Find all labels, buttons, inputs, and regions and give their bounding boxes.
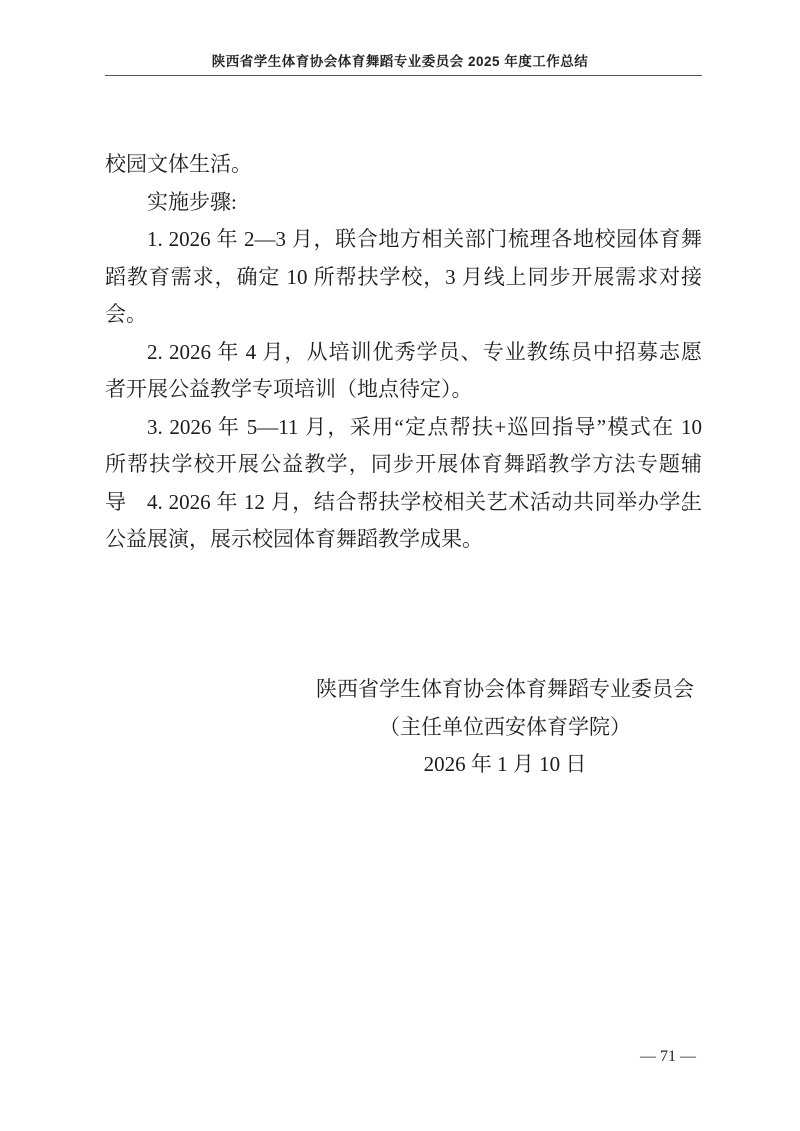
body-line: 校园文体生活。 xyxy=(105,146,702,184)
signature-block: 陕西省学生体育协会体育舞蹈专业委员会 （主任单位西安体育学院） 2026 年 1… xyxy=(305,671,705,784)
document-body: 校园文体生活。 实施步骤: 1. 2026 年 2—3 月，联合地方相关部门梳理… xyxy=(105,146,702,784)
body-line: 公益展演，展示校园体育舞蹈教学成果。 xyxy=(105,521,702,559)
body-line: 3. 2026 年 5—11 月，采用“定点帮扶+巡回指导”模式在 10 xyxy=(105,409,702,447)
signature-unit: （主任单位西安体育学院） xyxy=(305,709,705,747)
header-divider xyxy=(105,75,702,76)
signature-date: 2026 年 1 月 10 日 xyxy=(305,746,705,784)
body-line: 蹈教育需求，确定 10 所帮扶学校，3 月线上同步开展需求对接 xyxy=(105,259,702,297)
body-line: 所帮扶学校开展公益教学，同步开展体育舞蹈教学方法专题辅导。 xyxy=(105,446,702,484)
body-line: 实施步骤: xyxy=(105,184,702,222)
page-number: — 71 — xyxy=(618,1046,718,1068)
body-line: 2. 2026 年 4 月，从培训优秀学员、专业教练员中招募志愿 xyxy=(105,334,702,372)
body-line: 1. 2026 年 2—3 月，联合地方相关部门梳理各地校园体育舞 xyxy=(105,221,702,259)
document-page: 陕西省学生体育协会体育舞蹈专业委员会 2025 年度工作总结 校园文体生活。 实… xyxy=(0,0,800,1131)
signature-organization: 陕西省学生体育协会体育舞蹈专业委员会 xyxy=(305,671,705,709)
body-line: 会。 xyxy=(105,296,702,334)
header-title: 陕西省学生体育协会体育舞蹈专业委员会 2025 年度工作总结 xyxy=(0,52,800,72)
body-line: 4. 2026 年 12 月，结合帮扶学校相关艺术活动共同举办学生 xyxy=(105,484,702,522)
body-line: 者开展公益教学专项培训（地点待定）。 xyxy=(105,371,702,409)
